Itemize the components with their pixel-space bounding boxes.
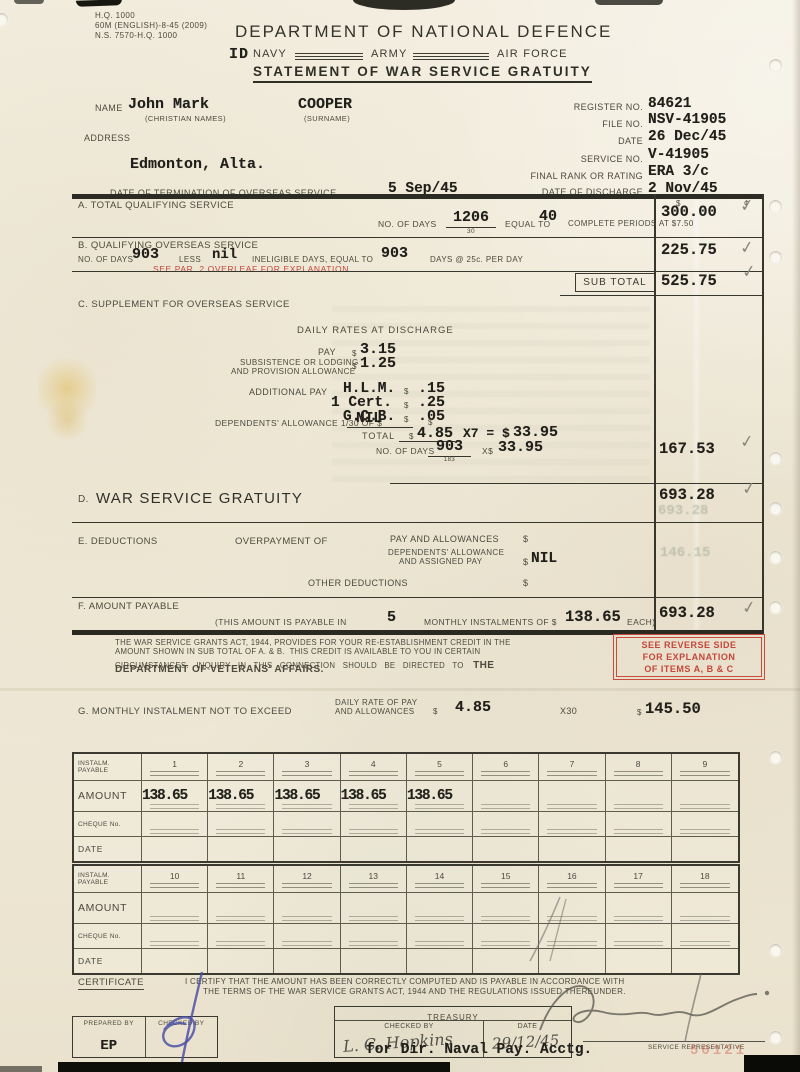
check-icon: ✓ [741,478,758,500]
bleedthrough-number: 693.28 [658,503,708,519]
file-no-label: FILE NO. [525,119,643,129]
surname-value: COOPER [298,96,352,113]
section-d-title: WAR SERVICE GRATUITY [96,490,303,507]
section-g-title: G. MONTHLY INSTALMENT NOT TO EXCEED [78,706,292,717]
subtotal-box: SUB TOTAL [575,273,655,292]
form-ref-line: 60M (ENGLISH)-8-45 (2009) [95,21,207,31]
daily-rate-label-2: AND ALLOWANCES [335,707,415,716]
instalment-column-header: 5 [407,754,473,781]
service-no-label: SERVICE NO. [525,154,643,164]
pencil-stroke [520,893,590,965]
subtotal-amount: 525.75 [661,272,717,290]
instalment-amount-cell: 138.65 [208,781,274,812]
instalment-column-header: 16 [539,866,605,893]
pay-allowances-currency: $ [523,534,528,544]
section-e-title: E. DEDUCTIONS [78,536,158,547]
instalment-amount: 138.65 [565,608,621,626]
payable-suffix: EACH) [627,617,655,627]
section-c-amount: 167.53 [659,440,715,458]
table-row-label: AMOUNT [74,781,142,812]
monthly-max-value: 145.50 [645,700,701,718]
table-cell [274,812,340,837]
table-row-label: INSTALM.PAYABLE [74,866,142,893]
certificate-label: CERTIFICATE [78,977,144,990]
instalment-column-header: 8 [606,754,672,781]
section-b-less-label: LESS [179,255,201,264]
form-ref-line: H.Q. 1000 [95,11,207,21]
section-a-days-value: 1206 [446,209,496,228]
scan-edge-block [744,1055,800,1072]
instalment-amount-cell [142,893,208,924]
instalment-amount-cell [208,893,274,924]
section-c-days-divisor: 183 [444,457,455,463]
table-cell [274,837,340,861]
branch-divider-rule [413,53,489,60]
table-row-label: DATE [74,837,142,861]
instalment-amount-cell [606,893,672,924]
instalment-column-header: 4 [341,754,407,781]
table-cell [341,812,407,837]
branch-army-label: ARMY [371,48,408,60]
section-a-days-divisor: 30 [467,228,475,235]
scan-edge-bar [58,1062,450,1072]
instalment-column-header: 7 [539,754,605,781]
section-c-rates-heading: DAILY RATES AT DISCHARGE [297,325,454,336]
instalment-amount-cell [606,781,672,812]
table-cell [142,812,208,837]
instalment-amount-cell [274,893,340,924]
section-f-title: F. AMOUNT PAYABLE [78,601,179,612]
table-row-label: INSTALM.PAYABLE [74,754,142,781]
table-cell [274,949,340,973]
amount-column-rule [654,194,656,635]
table-cell [341,949,407,973]
date-label: DATE [525,136,643,146]
instalment-column-header: 12 [274,866,340,893]
dependents-deduction-currency: $ [523,557,528,567]
file-no-value: NSV-41905 [648,112,726,128]
row-rule [560,295,763,296]
paper-smudge [76,0,122,7]
table-cell [407,924,473,949]
treasury-checked-label: CHECKED BY [384,1023,434,1030]
dependents-deduction-label-1: DEPENDENTS' ALLOWANCE [388,548,504,557]
reverse-box-line-2: FOR EXPLANATION [617,651,761,663]
dependents-deduction-label-2: AND ASSIGNED PAY [399,557,482,566]
table-row-label: AMOUNT [74,893,142,924]
table-cell [672,949,738,973]
final-rank-value: ERA 3/c [648,164,709,180]
field-underline [347,427,413,428]
pay-allowances-label: PAY AND ALLOWANCES [390,534,499,544]
check-icon: ✓ [741,597,758,619]
christian-names-caption: (CHRISTIAN NAMES) [145,114,226,123]
instalment-column-header: 14 [407,866,473,893]
punch-hole [769,751,782,764]
address-label: ADDRESS [84,133,130,143]
section-b-amount: 225.75 [661,241,717,259]
table-cell [672,837,738,861]
table-cell [142,837,208,861]
table-cell [539,812,605,837]
table-cell [341,924,407,949]
id-stamp: ID [229,46,249,63]
paper-smudge [353,0,455,10]
instalment-amount-cell: 138.65 [341,781,407,812]
prepared-by-cell: PREPARED BY EP [73,1017,146,1057]
instalment-amount-cell: 138.65 [407,781,473,812]
hlm-currency: $ [404,387,409,396]
register-no-label: REGISTER NO. [525,102,643,112]
subsistence-label-2: AND PROVISION ALLOWANCE [231,367,356,376]
branch-navy-label: NAVY [253,48,287,60]
section-c-days-label: NO. OF DAYS [376,446,435,456]
paper-fold [0,688,800,691]
instalment-amount-cell [407,893,473,924]
instalment-column-header: 9 [672,754,738,781]
reverse-box-line-1: SEE REVERSE SIDE [617,639,761,651]
row-rule [72,597,763,598]
instalment-column-header: 3 [274,754,340,781]
paper-crease [692,196,701,632]
table-cell [208,812,274,837]
table-cell [473,837,539,861]
instalment-amount-cell [672,893,738,924]
paper-stain [46,398,88,442]
subtotal-label: SUB TOTAL [583,277,646,288]
name-label: NAME [95,103,123,113]
pay-label: PAY [318,347,336,357]
table-cell [606,837,672,861]
overpayment-label: OVERPAYMENT OF [235,536,328,547]
instalment-table-1: INSTALM.PAYABLE123456789AMOUNT138.65138.… [72,752,740,863]
paper-smudge [595,0,663,5]
daily-total-label: TOTAL [362,431,395,441]
address-value: Edmonton, Alta. [130,156,265,173]
surname-caption: (SURNAME) [304,114,350,123]
table-cell [606,924,672,949]
form-ref-line: N.S. 7570-H.Q. 1000 [95,31,207,41]
instalment-amount-cell: 138.65 [142,781,208,812]
form-reference-block: H.Q. 1000 60M (ENGLISH)-8-45 (2009) N.S.… [95,11,207,41]
grants-note-line-3-emphasis: THE [473,660,494,671]
punch-hole [769,601,782,614]
punch-hole [769,944,782,957]
table-cell [606,812,672,837]
punch-hole [769,551,782,564]
punch-hole [769,59,782,72]
cents-column-rule [762,194,764,635]
paper-edge-shadow [792,0,800,1072]
table-row-label: CHEQUE No. [74,812,142,837]
section-c-title: C. SUPPLEMENT FOR OVERSEAS SERVICE [78,299,290,310]
table-cell [473,812,539,837]
christian-names-value: John Mark [128,96,209,113]
table-cell [606,949,672,973]
instalment-column-header: 10 [142,866,208,893]
instalment-column-header: 2 [208,754,274,781]
instalment-amount-cell [539,781,605,812]
table-cell [672,924,738,949]
daily-rate-value: 4.85 [455,699,491,716]
service-no-value: V-41905 [648,147,709,163]
payable-prefix: (THIS AMOUNT IS PAYABLE IN [215,617,347,627]
instalment-column-header: 13 [341,866,407,893]
table-cell [208,924,274,949]
gcb-currency: $ [404,415,409,424]
other-deductions-label: OTHER DEDUCTIONS [308,578,408,588]
table-row-label: DATE [74,949,142,973]
row-rule [72,237,763,238]
bleedthrough-number: 146.15 [660,545,710,561]
section-a-title: A. TOTAL QUALIFYING SERVICE [78,200,234,211]
section-b-eligible-days: 903 [381,245,408,262]
times-rate-value: 33.95 [498,439,543,456]
instalment-column-header: 15 [473,866,539,893]
check-icon: ✓ [739,237,756,259]
row-rule [72,522,763,523]
table-cell [672,812,738,837]
punch-hole [0,13,8,26]
instalment-column-header: 6 [473,754,539,781]
service-rep-signature [505,972,785,1050]
section-a-days-fraction: 1206 30 [446,209,496,235]
section-d-amount: 693.28 [659,486,715,504]
section-b-days-label: NO. OF DAYS [78,255,133,264]
daily-rate-label-1: DAILY RATE OF PAY [335,698,418,707]
pay-currency: $ [352,349,357,358]
table-cell [407,949,473,973]
section-a-days-label: NO. OF DAYS [378,219,437,229]
table-row-label: CHEQUE No. [74,924,142,949]
dependents-allowance-value: NIL [356,411,382,427]
table-cell [341,837,407,861]
cert-currency: $ [404,401,409,410]
section-d-letter: D. [78,494,89,505]
monthly-max-currency: $ [637,708,642,717]
instalment-column-header: 1 [142,754,208,781]
section-b-ineligible-label: INELIGIBLE DAYS, EQUAL TO [252,255,373,264]
register-no-value: 84621 [648,96,692,112]
dependents-deduction-value: NIL [531,551,557,567]
subsistence-value: 1.25 [360,355,396,372]
section-c-days-value: 903 [428,438,471,457]
punch-hole [769,200,782,213]
instalments-count: 5 [387,609,396,626]
prepared-by-value: EP [100,1038,117,1054]
final-rank-label: FINAL RANK OR RATING [525,171,643,181]
table-cell [142,924,208,949]
paper-smudge [14,0,44,4]
section-b-days-value: 903 [132,246,159,263]
punch-hole [769,452,782,465]
section-b-red-note: SEE PAR. 2 OVERLEAF FOR EXPLANATION [153,264,349,274]
instalment-column-header: 17 [606,866,672,893]
instalment-amount-cell [473,781,539,812]
section-a-periods-value: 40 [539,208,557,225]
row-rule [390,483,763,484]
punch-hole [769,251,782,264]
table-cell [407,837,473,861]
punch-hole [769,502,782,515]
prepared-by-label: PREPARED BY [84,1020,134,1027]
section-divider-bar [72,194,763,199]
section-a-amount: 300.00 [661,203,717,221]
subsistence-currency: $ [352,362,357,371]
reverse-box-line-3: OF ITEMS A, B & C [617,663,761,675]
form-title: STATEMENT OF WAR SERVICE GRATUITY [253,64,592,83]
table-cell [539,837,605,861]
other-deductions-currency: $ [523,578,528,588]
payable-mid: MONTHLY INSTALMENTS OF $ [424,617,557,627]
branch-divider-rule [295,53,363,60]
section-b-rate-label: DAYS @ 25c. PER DAY [430,255,523,264]
daily-total-currency: $ [409,432,414,441]
additional-pay-label: ADDITIONAL PAY [249,387,327,397]
scan-edge-smudge [0,1066,42,1072]
instalment-column-header: 18 [672,866,738,893]
section-c-days-fraction: 903 183 [428,438,471,463]
scanned-form-statement-of-war-service-gratuity: 693.28 146.15 H.Q. 1000 60M (ENGLISH)-8-… [0,0,800,1072]
check-icon: ✓ [739,431,756,453]
times-thirty-label: X30 [560,706,577,716]
row-rule [72,271,763,272]
instalment-column-header: 11 [208,866,274,893]
instalment-amount-cell [341,893,407,924]
date-value: 26 Dec/45 [648,129,726,145]
table-cell [208,837,274,861]
checked-by-initials-signature [138,968,263,1068]
instalment-table-2: INSTALM.PAYABLE101112131415161718AMOUNTC… [72,864,740,975]
grants-note-line-4: DEPARTMENT OF VETERANS' AFFAIRS. [115,664,324,675]
daily-rate-currency: $ [433,707,438,716]
table-cell [407,812,473,837]
section-b-less-value: nil [212,247,237,263]
section-f-amount: 693.28 [659,604,715,622]
see-reverse-side-box: SEE REVERSE SIDE FOR EXPLANATION OF ITEM… [613,634,765,680]
branch-airforce-label: AIR FORCE [497,48,568,60]
subsistence-label-1: SUBSISTENCE OR LODGING [240,358,359,367]
grants-note-line-1: THE WAR SERVICE GRANTS ACT, 1944, PROVID… [115,638,511,647]
check-icon: ✓ [741,261,758,283]
see-reverse-side-text: SEE REVERSE SIDE FOR EXPLANATION OF ITEM… [616,637,762,677]
times-rate-label: X$ [482,446,493,456]
instalment-amount-cell: 138.65 [274,781,340,812]
instalment-amount-cell [672,781,738,812]
check-icon: ✓ [739,195,756,217]
table-cell [274,924,340,949]
department-title: DEPARTMENT OF NATIONAL DEFENCE [235,22,612,42]
